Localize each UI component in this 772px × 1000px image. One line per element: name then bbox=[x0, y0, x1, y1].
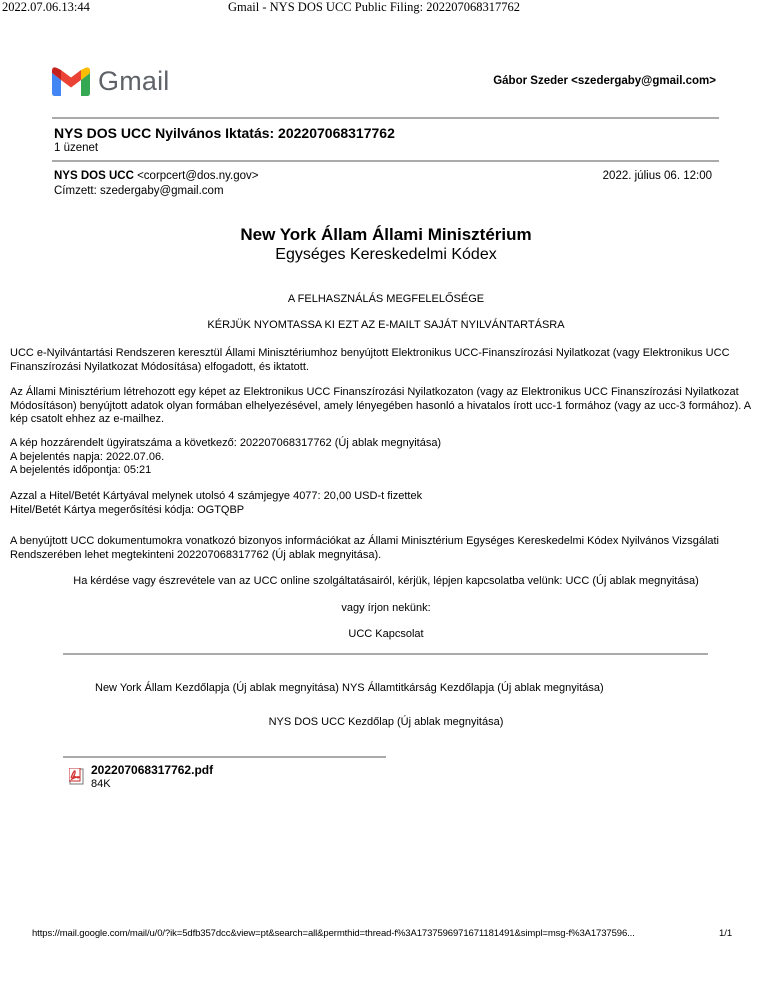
or-write: vagy írjon nekünk: bbox=[0, 602, 772, 614]
attachment-filename[interactable]: 202207068317762.pdf bbox=[91, 763, 213, 777]
attachment-size: 84K bbox=[91, 778, 111, 790]
sender-name: NYS DOS UCC bbox=[54, 170, 134, 182]
acceptance-paragraph: UCC e-Nyilvántartási Rendszeren keresztü… bbox=[10, 347, 765, 374]
print-footer-url: https://mail.google.com/mail/u/0/?ik=5df… bbox=[32, 928, 635, 939]
payment-details: Azzal a Hitel/Betét Kártyával melynek ut… bbox=[10, 490, 765, 517]
recipient: Címzett: szedergaby@gmail.com bbox=[54, 185, 224, 197]
image-paragraph: Az Állami Minisztérium létrehozott egy k… bbox=[10, 386, 765, 427]
footer-links: New York Állam Kezdőlapja (Új ablak megn… bbox=[95, 682, 604, 694]
gmail-logo: Gmail bbox=[52, 66, 170, 97]
filing-time: A bejelentés időpontja: 05:21 bbox=[10, 464, 765, 478]
payment-line: Azzal a Hitel/Betét Kártyával melynek ut… bbox=[10, 490, 765, 504]
thread-subject: NYS DOS UCC Nyilvános Iktatás: 202207068… bbox=[54, 125, 395, 141]
print-request: KÉRJÜK NYOMTASSA KI EZT AZ E-MAILT SAJÁT… bbox=[0, 319, 772, 331]
page-number: 1/1 bbox=[719, 928, 732, 939]
search-system-paragraph[interactable]: A benyújtott UCC dokumentumokra vonatkoz… bbox=[10, 535, 765, 562]
ny-state-home-link[interactable]: New York Állam Kezdőlapja (Új ablak megn… bbox=[95, 682, 339, 694]
file-number-link[interactable]: A kép hozzárendelt ügyiratszáma a követk… bbox=[10, 437, 765, 451]
filing-details: A kép hozzárendelt ügyiratszáma a követk… bbox=[10, 437, 765, 478]
sender: NYS DOS UCC <corpcert@dos.ny.gov> bbox=[54, 170, 259, 182]
gmail-m-icon bbox=[52, 67, 90, 96]
message-count: 1 üzenet bbox=[54, 142, 98, 154]
contact-line[interactable]: Ha kérdése vagy észrevétele van az UCC o… bbox=[0, 575, 772, 587]
pdf-file-icon bbox=[69, 768, 85, 785]
filing-date: A bejelentés napja: 2022.07.06. bbox=[10, 451, 765, 465]
divider-footer bbox=[63, 653, 708, 655]
body-heading: New York Állam Állami Minisztérium bbox=[0, 225, 772, 245]
divider-top bbox=[52, 117, 719, 119]
confirmation-code: Hitel/Betét Kártya megerősítési kódja: O… bbox=[10, 504, 765, 518]
account-label: Gábor Szeder <szedergaby@gmail.com> bbox=[493, 75, 716, 87]
notice-title: A FELHASZNÁLÁS MEGFELELŐSÉGE bbox=[0, 293, 772, 305]
sender-email[interactable]: <corpcert@dos.ny.gov> bbox=[137, 170, 258, 182]
divider-attachments bbox=[63, 756, 386, 758]
body-subheading: Egységes Kereskedelmi Kódex bbox=[0, 246, 772, 264]
nys-secretary-home-link[interactable]: NYS Államtitkárság Kezdőlapja (Új ablak … bbox=[342, 682, 604, 694]
print-header: 2022.07.06.13:44 Gmail - NYS DOS UCC Pub… bbox=[0, 0, 772, 16]
print-datetime: 2022.07.06.13:44 bbox=[2, 0, 90, 15]
contact-link[interactable]: UCC Kapcsolat bbox=[0, 628, 772, 640]
print-page-title: Gmail - NYS DOS UCC Public Filing: 20220… bbox=[228, 0, 520, 15]
message-date: 2022. július 06. 12:00 bbox=[603, 170, 712, 182]
gmail-wordmark: Gmail bbox=[98, 66, 170, 97]
divider-thread bbox=[52, 160, 719, 162]
nys-dos-ucc-home-link[interactable]: NYS DOS UCC Kezdőlap (Új ablak megnyitás… bbox=[0, 716, 772, 728]
